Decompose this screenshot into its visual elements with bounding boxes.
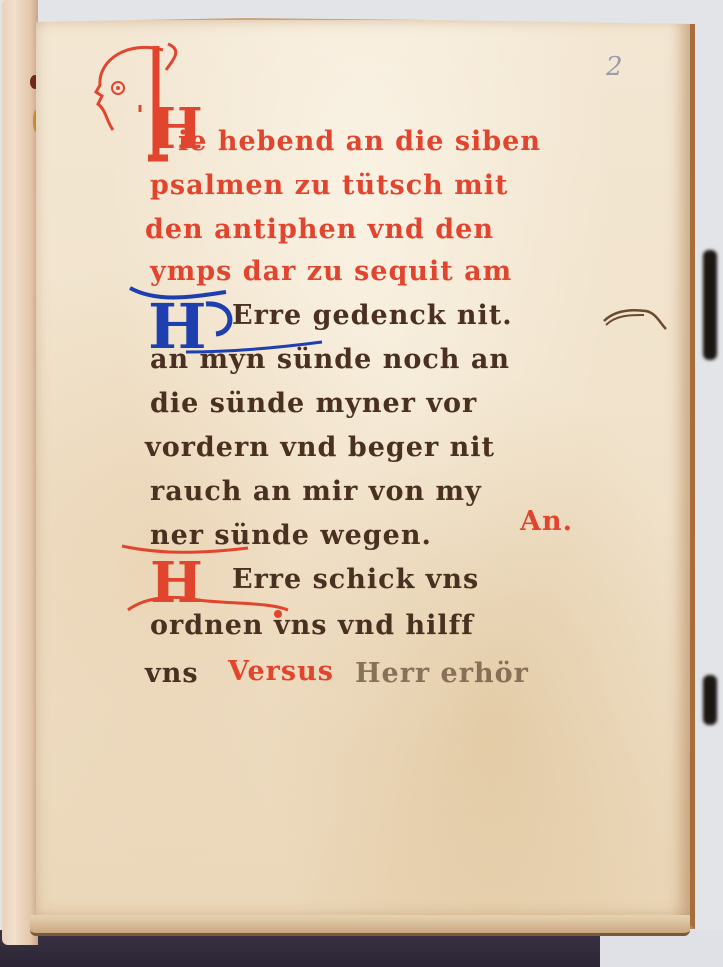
rubric-versus: Versus: [228, 658, 334, 685]
text-line-3: die sünde myner vor: [150, 390, 477, 417]
margin-scribble-icon: [600, 303, 670, 333]
text-line-8: ordnen vns vnd hilff: [150, 612, 474, 639]
rubric-line-1: ie hebend an die siben: [178, 128, 541, 155]
red-initial: H: [150, 550, 203, 616]
photo-stage: 2 H ie hebend an die siben psalmen zu tü…: [0, 0, 723, 967]
page-edge: [30, 915, 690, 936]
text-line-7: Erre schick vns: [232, 566, 479, 593]
folio-number: 2: [606, 52, 623, 82]
text-line-9: vns: [145, 660, 199, 687]
book-clasp-shadow: [703, 675, 717, 725]
rubric-antiphon: An.: [520, 508, 573, 535]
text-line-4: vordern vnd beger nit: [145, 434, 495, 461]
rubric-line-3: den antiphen vnd den: [145, 216, 494, 243]
book-spine: [2, 0, 38, 945]
text-line-5: rauch an mir von my: [150, 478, 482, 505]
book-clasp-shadow: [703, 250, 717, 360]
faded-text: Herr erhör: [355, 660, 529, 687]
rubric-line-4: ymps dar zu sequit am: [150, 258, 512, 285]
text-line-1: Erre gedenck nit.: [232, 302, 513, 329]
rubric-line-2: psalmen zu tütsch mit: [150, 172, 509, 199]
text-line-2: an myn sünde noch an: [150, 346, 510, 373]
